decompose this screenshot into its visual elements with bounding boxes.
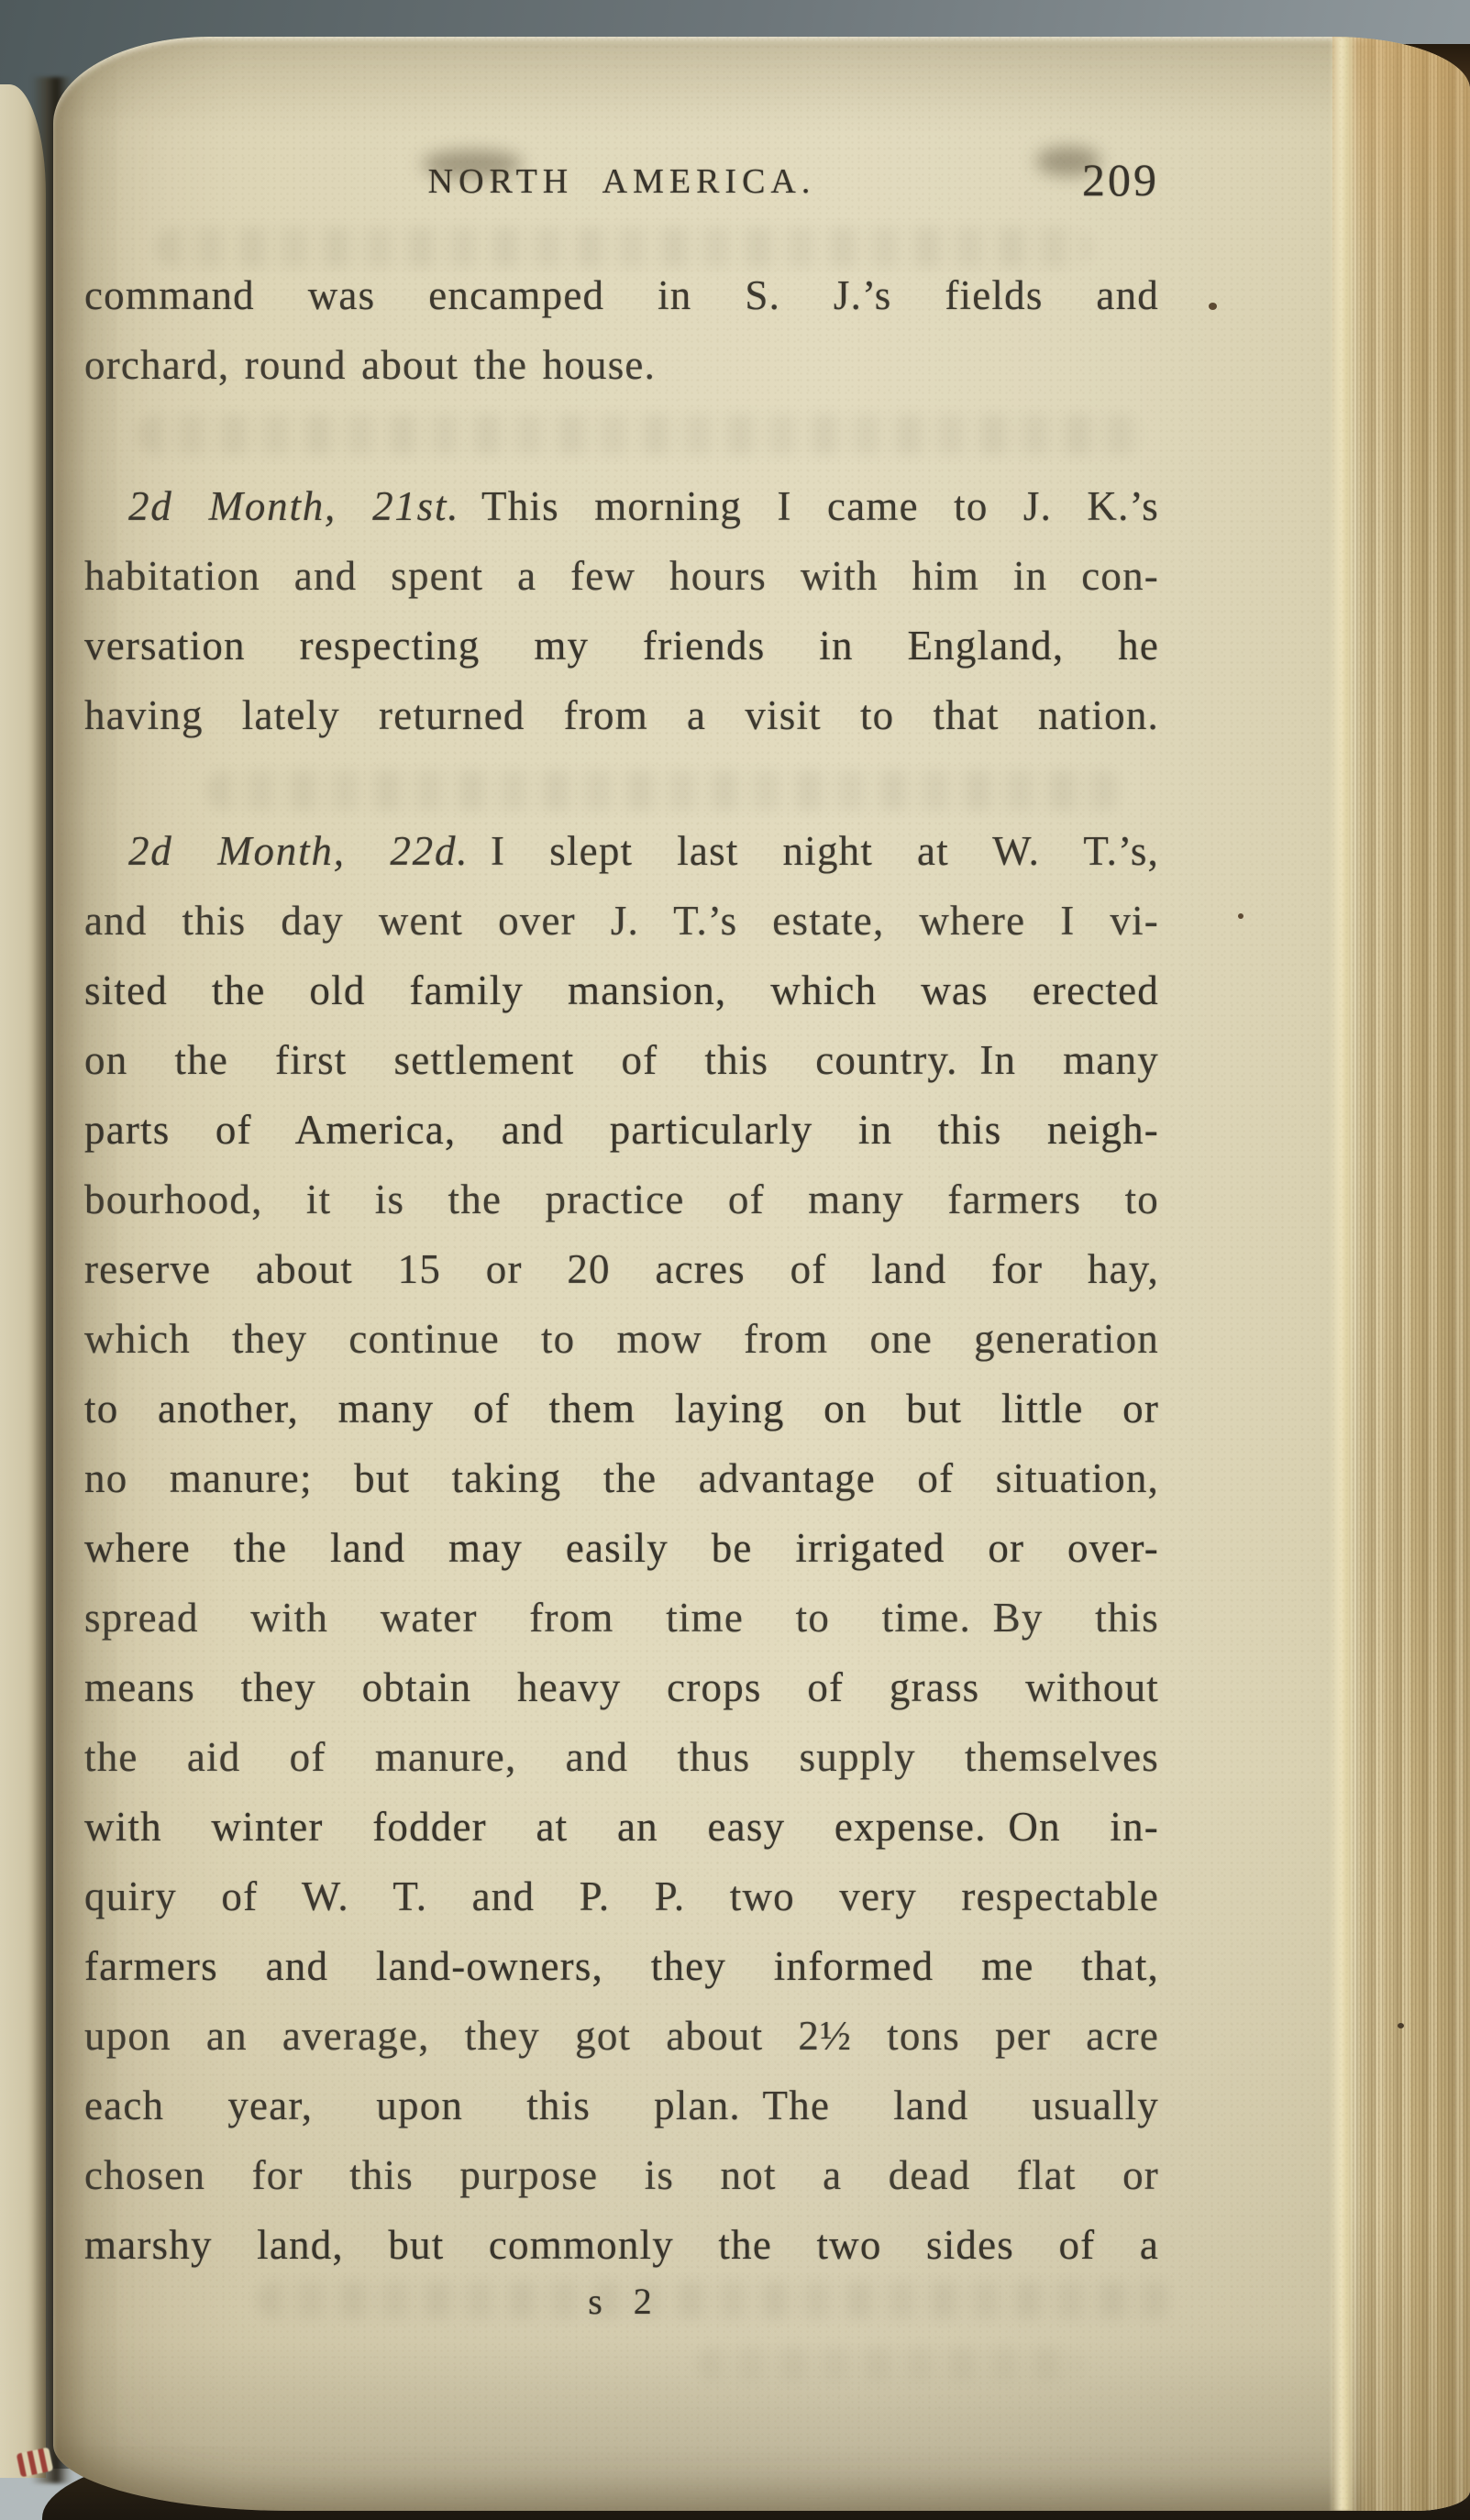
- text-line: farmers and land-owners, they informed m…: [84, 1931, 1159, 2001]
- text-line: each year, upon this plan. The land usua…: [84, 2071, 1159, 2140]
- text-line: parts of America, and particularly in th…: [84, 1095, 1159, 1165]
- date-lead-italic: 2d Month, 22d.: [128, 828, 469, 874]
- text-line: orchard, round about the house.: [84, 330, 1159, 400]
- text-line: 2d Month, 21st. This morning I came to J…: [84, 471, 1159, 541]
- showthrough-ghost: [697, 2348, 1082, 2381]
- text-line: upon an average, they got about 2½ tons …: [84, 2001, 1159, 2071]
- showthrough-ghost: [138, 414, 1146, 455]
- text-line: no manure; but taking the advantage of s…: [84, 1443, 1159, 1513]
- text-line: marshy land, but commonly the two sides …: [84, 2210, 1159, 2280]
- paragraph: 2d Month, 21st. This morning I came to J…: [84, 471, 1159, 750]
- text-line: versation respecting my friends in Engla…: [84, 611, 1159, 680]
- date-lead-italic: 2d Month, 21st.: [128, 483, 459, 529]
- text-line: with winter fodder at an easy expense. O…: [84, 1792, 1159, 1862]
- printed-content: NORTH AMERICA. 209 command was encamped …: [0, 0, 1470, 2520]
- text-line: having lately returned from a visit to t…: [84, 680, 1159, 750]
- paper-speck: [1209, 303, 1217, 310]
- text-line: quiry of W. T. and P. P. two very respec…: [84, 1862, 1159, 1931]
- ink-smudge: [1036, 147, 1100, 176]
- paragraph: command was encamped in S. J.’s fields a…: [84, 260, 1159, 400]
- running-head: NORTH AMERICA. 209: [84, 160, 1159, 215]
- text-line: to another, many of them laying on but l…: [84, 1374, 1159, 1443]
- signature-mark: s 2: [84, 2280, 1159, 2324]
- text-line: 2d Month, 22d. I slept last night at W. …: [84, 816, 1159, 886]
- paper-speck: [1398, 2023, 1404, 2028]
- text-line: chosen for this purpose is not a dead fl…: [84, 2140, 1159, 2210]
- text-line: where the land may easily be irrigated o…: [84, 1513, 1159, 1583]
- paragraph: 2d Month, 22d. I slept last night at W. …: [84, 816, 1159, 2280]
- text-line: the aid of manure, and thus supply thems…: [84, 1722, 1159, 1792]
- showthrough-ghost: [206, 770, 1123, 811]
- paper-speck: [1238, 913, 1243, 919]
- text-line: and this day went over J. T.’s estate, w…: [84, 886, 1159, 956]
- text-line: sited the old family mansion, which was …: [84, 956, 1159, 1025]
- text-line: which they continue to mow from one gene…: [84, 1304, 1159, 1374]
- running-title: NORTH AMERICA.: [84, 160, 1159, 204]
- text-line: command was encamped in S. J.’s fields a…: [84, 260, 1159, 330]
- text-line: spread with water from time to time. By …: [84, 1583, 1159, 1652]
- book-scan: NORTH AMERICA. 209 command was encamped …: [0, 0, 1470, 2520]
- text-line: habitation and spent a few hours with hi…: [84, 541, 1159, 611]
- ink-smudge: [422, 150, 523, 178]
- text-line: reserve about 15 or 20 acres of land for…: [84, 1234, 1159, 1304]
- text-line: bourhood, it is the practice of many far…: [84, 1165, 1159, 1234]
- text-line: on the first settlement of this country.…: [84, 1025, 1159, 1095]
- text-line: means they obtain heavy crops of grass w…: [84, 1652, 1159, 1722]
